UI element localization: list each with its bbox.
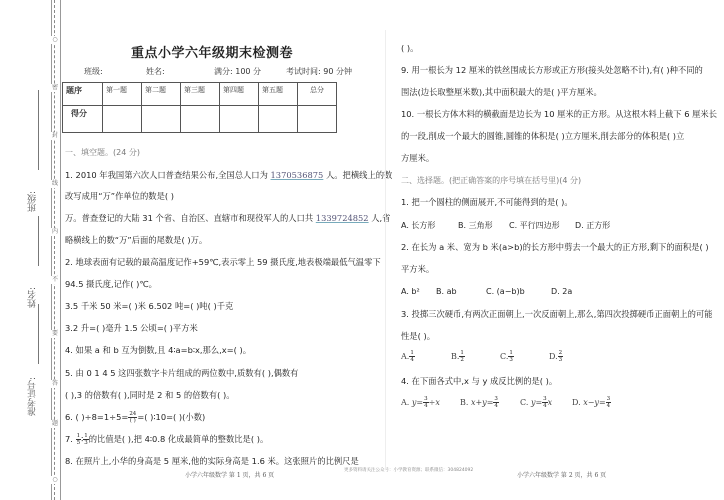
exam-id-line (38, 304, 39, 364)
option-letter: B. (460, 398, 468, 407)
option-letter: D. (549, 352, 558, 361)
text: 6. ( )÷8=1÷5= (65, 412, 128, 422)
fraction: 23 (558, 350, 564, 363)
mc-q3-line-1: 3. 投掷三次硬币,有两次正面朝上,一次反面朝上,那么,第四次投掷硬币正面朝上的… (401, 309, 713, 320)
q8-continued: ( )。 (401, 43, 418, 54)
score-cell[interactable] (142, 106, 181, 133)
mc-q4-option-b[interactable]: B. x+y=34 (460, 396, 499, 409)
fraction: 24( ) (128, 411, 137, 424)
fraction: 14 (409, 350, 415, 363)
option-letter: C. (520, 398, 528, 407)
option-letter: C. (500, 352, 508, 361)
exam-info-row: 班级: 姓名: 满分: 100 分 考试时间: 90 分钟 (84, 66, 414, 77)
header-cell: 第二题 (142, 83, 181, 106)
header-cell: 第四题 (220, 83, 259, 106)
seal-char: 答 (50, 380, 60, 388)
fraction: 12 (459, 350, 465, 363)
mc-q1-option-c[interactable]: C. 平行四边形 (509, 220, 560, 231)
q10-line-3: 方厘米。 (401, 153, 434, 164)
seal-char: 要 (50, 330, 60, 338)
q1-line-4: 略横线上的数“万”后面的尾数是( )万。 (65, 235, 207, 246)
mc-q3-option-b[interactable]: B.12 (451, 350, 465, 363)
expression: x−y= (583, 398, 605, 407)
expression: x (548, 398, 553, 407)
header-cell: 题序 (63, 83, 103, 106)
numerator: 1 (508, 350, 514, 357)
score-cell[interactable] (298, 106, 337, 133)
numerator: 24 (128, 411, 137, 418)
mc-q3-line-2: 性是( )。 (401, 331, 435, 342)
numerator: 3 (606, 396, 612, 403)
class-line (38, 90, 39, 170)
name-field-label: 姓名: (146, 66, 214, 77)
header-cell: 总分 (298, 83, 337, 106)
q1-line-1: 1. 2010 年我国第六次人口普查结果公布,全国总人口为 1370536875… (65, 170, 392, 181)
q5-line-1: 5. 由 0 1 4 5 这四张数字卡片组成的两位数中,质数有( ),偶数有 (65, 368, 298, 379)
denominator: ( ) (128, 418, 137, 424)
numerator: 1 (409, 350, 415, 357)
name-label: 姓名: (26, 268, 40, 308)
exam-title: 重点小学六年级期末检测卷 (62, 42, 362, 61)
score-cell[interactable] (103, 106, 142, 133)
q5-line-2: ( ),3 的倍数有( ),同时是 2 和 5 的倍数有( )。 (65, 390, 235, 401)
page-1: 重点小学六年级期末检测卷 班级: 姓名: 满分: 100 分 考试时间: 90 … (62, 0, 362, 500)
q3-line-1: 3.5 千米 50 米=( )米 6.502 吨=( )吨( )千克 (65, 301, 233, 312)
mc-q1-option-d[interactable]: D. 正方形 (575, 220, 610, 231)
header-cell: 第五题 (259, 83, 298, 106)
page-2-footer: 小学六年级数学 第 2 页，共 6 页 (517, 470, 606, 479)
mc-q2-option-d[interactable]: D. 2a (551, 287, 572, 296)
mc-q4-option-c[interactable]: C. y=34x (520, 396, 552, 409)
numerator: 2 (558, 350, 564, 357)
q7: 7. 15∶13的比值是( ),把 4∶0.8 化成最简单的整数比是( )。 (65, 433, 268, 446)
fraction: 34 (606, 396, 612, 409)
q9-line-2: 围法(边长取整厘米数),其中面积最大的是( )平方厘米。 (401, 87, 602, 98)
expression: y= (412, 398, 423, 407)
q9-line-1: 9. 用一根长为 12 厘米的铁丝围成长方形或正方形(接头处忽略不计),有( )… (401, 65, 703, 76)
mc-q2-line-2: 平方米。 (401, 264, 434, 275)
q2-line-2: 94.5 摄氏度,记作( )℃。 (65, 279, 157, 290)
text: 的比值是( ),把 4∶0.8 化成最简单的整数比是( )。 (89, 434, 269, 444)
expression: x+y= (471, 398, 493, 407)
time-limit: 考试时间: 90 分钟 (286, 66, 352, 77)
text: 7. (65, 434, 76, 444)
option-letter: A. (401, 398, 409, 407)
mc-q3-option-c[interactable]: C.13 (500, 350, 514, 363)
q6: 6. ( )÷8=1÷5=24( )=( )∶10=( )(小数) (65, 411, 205, 424)
mc-q2-option-a[interactable]: A. b² (401, 287, 420, 296)
text: 万。普查登记的大陆 31 个省、自治区、直辖市和现役军人的人口共 (65, 213, 316, 223)
numerator: 1 (459, 350, 465, 357)
q10-line-1: 10. 一根长方体木料的横截面是边长为 10 厘米的正方形。从这根木料上截下 6… (401, 109, 717, 120)
underlined-number: 1339724852 (316, 213, 369, 223)
q4: 4. 如果 a 和 b 互为倒数,且 4∶a=b∶x,那么,x=( )。 (65, 345, 251, 356)
denominator: 4 (606, 403, 612, 409)
score-table-row: 得分 (63, 106, 337, 133)
seal-char: 线 (50, 180, 60, 188)
option-letter: B. (451, 352, 459, 361)
text: 1. 2010 年我国第六次人口普查结果公布,全国总人口为 (65, 170, 271, 180)
text: =( )∶10=( )(小数) (137, 412, 205, 422)
expression: ÷x (429, 398, 440, 407)
seal-char: 题 (50, 420, 60, 428)
denominator: 3 (558, 357, 564, 363)
score-table-header: 题序 第一题 第二题 第三题 第四题 第五题 总分 (63, 83, 337, 106)
mc-q4-option-d[interactable]: D. x−y=34 (572, 396, 611, 409)
class-field-label: 班级: (84, 66, 146, 77)
name-line (38, 216, 39, 266)
seal-char: 不 (50, 276, 60, 284)
q1-line-2: 改写成用“万”作单位的数是( ) (65, 191, 174, 202)
class-label: 班级: (26, 172, 40, 212)
fraction: 13 (508, 350, 514, 363)
q8: 8. 在照片上,小华的身高是 5 厘米,他的实际身高是 1.6 米。这张照片的比… (65, 456, 359, 467)
score-table: 题序 第一题 第二题 第三题 第四题 第五题 总分 得分 (62, 82, 337, 133)
denominator: 4 (409, 357, 415, 363)
mc-q3-option-d[interactable]: D.23 (549, 350, 563, 363)
row-label: 得分 (63, 106, 103, 133)
denominator: 4 (493, 403, 499, 409)
option-letter: A. (401, 352, 409, 361)
mc-q1: 1. 把一个圆柱的侧面展开,不可能得到的是( )。 (401, 197, 573, 208)
seal-circle-icon: ○ (50, 36, 60, 44)
mc-q4: 4. 在下面各式中,x 与 y 成反比例的是( )。 (401, 376, 557, 387)
mc-q2-option-c[interactable]: C. (a−b)b (486, 287, 525, 296)
fraction: 34 (493, 396, 499, 409)
mc-q2-line-1: 2. 在长为 a 米、宽为 b 米(a>b)的长方形中剪去一个最大的正方形,剩下… (401, 242, 709, 253)
header-cell: 第三题 (181, 83, 220, 106)
q10-line-2: 的一段,削成一个最大的圆锥,圆锥的体积是( )立方厘米,削去部分的体积是( )立 (401, 131, 684, 142)
page-2: ( )。 9. 用一根长为 12 厘米的铁丝围成长方形或正方形(接头处忽略不计)… (385, 0, 715, 500)
seal-char: 密 (50, 84, 60, 92)
seal-char: 内 (50, 228, 60, 236)
denominator: 3 (508, 357, 514, 363)
expression: y= (531, 398, 542, 407)
section-2-heading: 二、选择题。(把正确答案的序号填在括号里)(4 分) (401, 175, 581, 186)
numerator: 3 (493, 396, 499, 403)
q1-line-3: 万。普查登记的大陆 31 个省、自治区、直辖市和现役军人的人口共 1339724… (65, 213, 390, 224)
full-score: 满分: 100 分 (214, 66, 286, 77)
seal-circle-icon: ○ (50, 476, 60, 484)
mc-q1-option-b[interactable]: B. 三角形 (458, 220, 493, 231)
q3-line-2: 3.2 升=( )毫升 1.5 公顷=( )平方米 (65, 323, 198, 334)
header-cell: 第一题 (103, 83, 142, 106)
text: 人。把横线上的数 (323, 170, 392, 180)
q2-line-1: 2. 地球表面有记载的最高温度记作+59℃,表示零上 59 摄氏度,地表极端最低… (65, 257, 381, 268)
seal-char: 封 (50, 132, 60, 140)
mc-q4-option-a[interactable]: A. y=34÷x (401, 396, 440, 409)
score-cell[interactable] (259, 106, 298, 133)
mc-q1-option-a[interactable]: A. 长方形 (401, 220, 435, 231)
page-1-footer: 小学六年级数学 第 1 页，共 6 页 (185, 470, 274, 479)
score-cell[interactable] (181, 106, 220, 133)
mc-q3-option-a[interactable]: A.14 (401, 350, 415, 363)
section-1-heading: 一、填空题。(24 分) (65, 147, 140, 158)
exam-id-label: 准考证号: (26, 366, 40, 416)
score-cell[interactable] (220, 106, 259, 133)
denominator: 2 (459, 357, 465, 363)
underlined-number: 1370536875 (271, 170, 324, 180)
mc-q2-option-b[interactable]: B. ab (436, 287, 457, 296)
option-letter: D. (572, 398, 581, 407)
